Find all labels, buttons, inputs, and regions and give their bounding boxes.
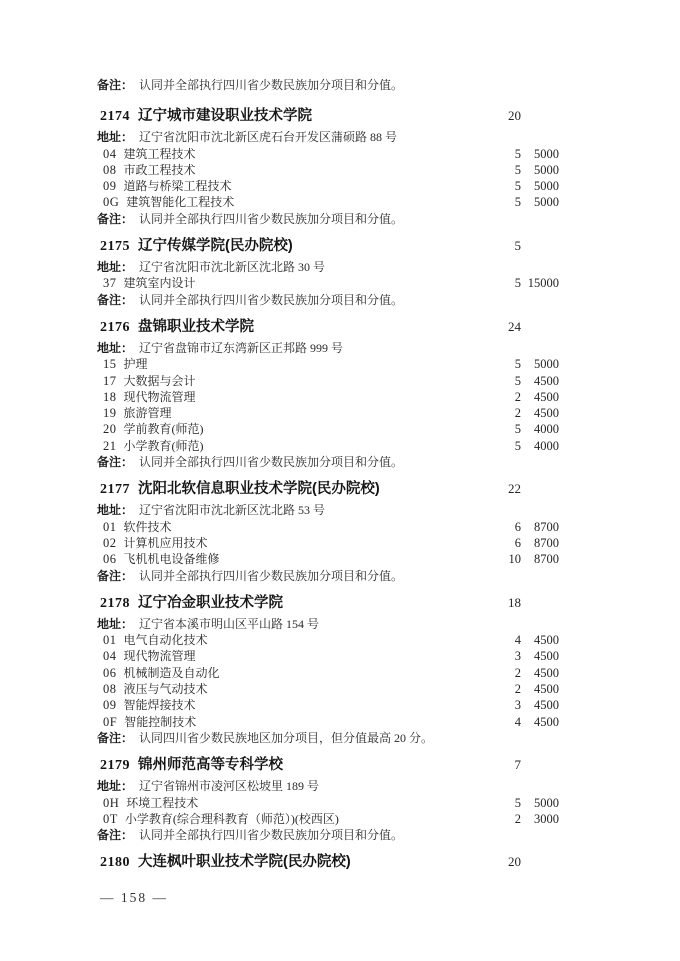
college-note-row: 备注：认同并全部执行四川省少数民族加分项目和分值。 <box>97 568 559 584</box>
major-name: 飞机机电设备维修 <box>124 552 220 566</box>
major-code: 0T <box>103 812 118 826</box>
note-label: 备注： <box>97 455 133 469</box>
major-row: 01电气自动化技术 4 4500 <box>97 632 559 648</box>
major-name: 环境工程技术 <box>126 796 198 810</box>
major-code: 09 <box>103 698 117 712</box>
major-count: 5 <box>483 162 521 178</box>
major-name: 现代物流管理 <box>124 390 196 404</box>
major-name: 道路与桥梁工程技术 <box>124 179 232 193</box>
college-note-row: 备注：认同并全部执行四川省少数民族加分项目和分值。 <box>97 827 559 843</box>
major-code: 01 <box>103 520 117 534</box>
major-count: 2 <box>483 405 521 421</box>
college-address-row: 地址：辽宁省沈阳市沈北新区沈北路 30 号 <box>97 259 559 275</box>
college-sections: 2174辽宁城市建设职业技术学院 20 地址：辽宁省沈阳市沈北新区虎石台开发区蒲… <box>97 106 559 873</box>
major-row: 18现代物流管理 2 4500 <box>97 389 559 405</box>
note-text: 认同并全部执行四川省少数民族加分项目和分值。 <box>139 828 403 842</box>
major-fee: 5000 <box>521 356 559 372</box>
major-fee: 8700 <box>521 519 559 535</box>
major-fee: 8700 <box>521 551 559 567</box>
major-count: 5 <box>483 421 521 437</box>
major-row: 06飞机机电设备维修 10 8700 <box>97 551 559 567</box>
college-quota: 5 <box>483 236 521 256</box>
address-text: 辽宁省沈阳市沈北新区沈北路 30 号 <box>139 260 325 274</box>
major-row: 37建筑室内设计 5 15000 <box>97 275 559 291</box>
major-row: 01软件技术 6 8700 <box>97 519 559 535</box>
major-fee: 3000 <box>521 811 559 827</box>
major-fee: 4500 <box>521 373 559 389</box>
address-text: 辽宁省盘锦市辽东湾新区正邦路 999 号 <box>139 341 343 355</box>
major-row: 02计算机应用技术 6 8700 <box>97 535 559 551</box>
major-fee: 15000 <box>521 275 559 291</box>
college-name: 锦州师范高等专科学校 <box>138 757 283 773</box>
major-name: 智能焊接技术 <box>124 698 196 712</box>
major-fee: 4500 <box>521 389 559 405</box>
major-code: 04 <box>103 147 117 161</box>
college-code: 2179 <box>100 758 130 773</box>
note-label: 备注： <box>97 293 133 307</box>
major-code: 04 <box>103 649 117 663</box>
note-label: 备注： <box>97 731 133 745</box>
address-text: 辽宁省锦州市凌河区松坡里 189 号 <box>139 779 319 793</box>
major-count: 4 <box>483 714 521 730</box>
college-section: 2174辽宁城市建设职业技术学院 20 地址：辽宁省沈阳市沈北新区虎石台开发区蒲… <box>97 106 559 227</box>
college-code: 2175 <box>100 239 130 254</box>
page-number: — 158 — <box>100 890 168 906</box>
college-header-row: 2174辽宁城市建设职业技术学院 20 <box>97 106 559 127</box>
college-section: 2175辽宁传媒学院(民办院校) 5 地址：辽宁省沈阳市沈北新区沈北路 30 号… <box>97 236 559 308</box>
college-name: 辽宁冶金职业技术学院 <box>138 595 283 611</box>
address-label: 地址： <box>97 779 133 793</box>
major-row: 09道路与桥梁工程技术 5 5000 <box>97 178 559 194</box>
major-code: 01 <box>103 633 117 647</box>
major-code: 02 <box>103 536 117 550</box>
major-fee: 4500 <box>521 681 559 697</box>
major-row: 21小学教育(师范) 5 4000 <box>97 438 559 454</box>
college-note-row: 备注：认同四川省少数民族地区加分项目，但分值最高 20 分。 <box>97 730 559 746</box>
major-row: 09智能焊接技术 3 4500 <box>97 697 559 713</box>
major-code: 0G <box>103 195 119 209</box>
major-count: 5 <box>483 373 521 389</box>
college-address-row: 地址：辽宁省锦州市凌河区松坡里 189 号 <box>97 778 559 794</box>
major-row: 0H环境工程技术 5 5000 <box>97 795 559 811</box>
note-text: 认同并全部执行四川省少数民族加分项目和分值。 <box>139 212 403 226</box>
major-code: 06 <box>103 666 117 680</box>
college-section: 2179锦州师范高等专科学校 7 地址：辽宁省锦州市凌河区松坡里 189 号 0… <box>97 755 559 843</box>
college-code: 2180 <box>100 855 130 870</box>
college-name: 辽宁城市建设职业技术学院 <box>138 108 312 124</box>
college-section: 2176盘锦职业技术学院 24 地址：辽宁省盘锦市辽东湾新区正邦路 999 号 … <box>97 317 559 470</box>
major-fee: 4500 <box>521 665 559 681</box>
major-count: 5 <box>483 178 521 194</box>
major-fee: 4500 <box>521 697 559 713</box>
major-row: 17大数据与会计 5 4500 <box>97 373 559 389</box>
college-quota: 22 <box>483 479 521 499</box>
address-text: 辽宁省本溪市明山区平山路 154 号 <box>139 617 319 631</box>
college-header-row: 2177沈阳北软信息职业技术学院(民办院校) 22 <box>97 479 559 500</box>
college-note-row: 备注：认同并全部执行四川省少数民族加分项目和分值。 <box>97 454 559 470</box>
major-row: 04现代物流管理 3 4500 <box>97 648 559 664</box>
note-label: 备注： <box>97 569 133 583</box>
major-code: 21 <box>103 439 117 453</box>
college-title: 2179锦州师范高等专科学校 <box>97 755 483 776</box>
college-title: 2177沈阳北软信息职业技术学院(民办院校) <box>97 479 483 500</box>
major-name: 建筑室内设计 <box>124 276 196 290</box>
college-address-row: 地址：辽宁省本溪市明山区平山路 154 号 <box>97 616 559 632</box>
note-label: 备注： <box>97 212 133 226</box>
college-name: 辽宁传媒学院(民办院校) <box>138 238 293 254</box>
major-row: 0T小学教育(综合理科教育（师范）)(校西区) 2 3000 <box>97 811 559 827</box>
college-code: 2177 <box>100 482 130 497</box>
major-count: 5 <box>483 275 521 291</box>
major-name: 小学教育(师范) <box>124 439 204 453</box>
address-label: 地址： <box>97 617 133 631</box>
major-code: 18 <box>103 390 117 404</box>
major-count: 5 <box>483 194 521 210</box>
address-label: 地址： <box>97 503 133 517</box>
major-fee: 8700 <box>521 535 559 551</box>
major-code: 17 <box>103 374 117 388</box>
major-row: 19旅游管理 2 4500 <box>97 405 559 421</box>
major-name: 小学教育(综合理科教育（师范）)(校西区) <box>125 812 339 826</box>
major-row: 08市政工程技术 5 5000 <box>97 162 559 178</box>
major-fee: 5000 <box>521 194 559 210</box>
major-count: 5 <box>483 356 521 372</box>
major-fee: 4500 <box>521 632 559 648</box>
college-header-row: 2179锦州师范高等专科学校 7 <box>97 755 559 776</box>
major-name: 护理 <box>124 357 148 371</box>
major-code: 0F <box>103 715 117 729</box>
note-text: 认同并全部执行四川省少数民族加分项目和分值。 <box>139 569 403 583</box>
major-name: 学前教育(师范) <box>124 422 204 436</box>
document-page: 备注：认同并全部执行四川省少数民族加分项目和分值。 2174辽宁城市建设职业技术… <box>0 0 680 961</box>
major-fee: 4500 <box>521 714 559 730</box>
college-address-row: 地址：辽宁省沈阳市沈北新区虎石台开发区蒲硕路 88 号 <box>97 129 559 145</box>
major-name: 智能控制技术 <box>124 715 196 729</box>
major-name: 液压与气动技术 <box>124 682 208 696</box>
major-name: 电气自动化技术 <box>124 633 208 647</box>
college-code: 2174 <box>100 109 130 124</box>
major-row: 08液压与气动技术 2 4500 <box>97 681 559 697</box>
college-code: 2178 <box>100 596 130 611</box>
college-section: 2177沈阳北软信息职业技术学院(民办院校) 22 地址：辽宁省沈阳市沈北新区沈… <box>97 479 559 583</box>
major-name: 旅游管理 <box>124 406 172 420</box>
major-fee: 5000 <box>521 162 559 178</box>
major-row: 15护理 5 5000 <box>97 356 559 372</box>
major-fee: 4500 <box>521 405 559 421</box>
major-name: 软件技术 <box>124 520 172 534</box>
major-count: 3 <box>483 697 521 713</box>
college-address-row: 地址：辽宁省沈阳市沈北新区沈北路 53 号 <box>97 502 559 518</box>
major-fee: 4000 <box>521 421 559 437</box>
major-row: 20学前教育(师范) 5 4000 <box>97 421 559 437</box>
major-count: 2 <box>483 389 521 405</box>
college-header-row: 2178辽宁冶金职业技术学院 18 <box>97 593 559 614</box>
college-section: 2180大连枫叶职业技术学院(民办院校) 20 <box>97 852 559 873</box>
address-text: 辽宁省沈阳市沈北新区沈北路 53 号 <box>139 503 325 517</box>
address-label: 地址： <box>97 260 133 274</box>
note-label: 备注： <box>97 78 133 92</box>
college-title: 2176盘锦职业技术学院 <box>97 317 483 338</box>
major-fee: 4000 <box>521 438 559 454</box>
major-row: 06机械制造及自动化 2 4500 <box>97 665 559 681</box>
continuation-note-row: 备注：认同并全部执行四川省少数民族加分项目和分值。 <box>97 77 559 93</box>
major-name: 市政工程技术 <box>124 163 196 177</box>
major-count: 3 <box>483 648 521 664</box>
college-name: 盘锦职业技术学院 <box>138 319 254 335</box>
college-quota: 7 <box>483 755 521 775</box>
major-count: 10 <box>483 551 521 567</box>
major-name: 建筑智能化工程技术 <box>126 195 234 209</box>
address-label: 地址： <box>97 130 133 144</box>
major-row: 0F智能控制技术 4 4500 <box>97 714 559 730</box>
college-note-row: 备注：认同并全部执行四川省少数民族加分项目和分值。 <box>97 211 559 227</box>
major-count: 2 <box>483 681 521 697</box>
major-code: 08 <box>103 163 117 177</box>
college-quota: 20 <box>483 106 521 126</box>
major-code: 09 <box>103 179 117 193</box>
major-code: 06 <box>103 552 117 566</box>
college-header-row: 2176盘锦职业技术学院 24 <box>97 317 559 338</box>
college-header-row: 2180大连枫叶职业技术学院(民办院校) 20 <box>97 852 559 873</box>
major-fee: 5000 <box>521 146 559 162</box>
major-count: 5 <box>483 146 521 162</box>
college-note-row: 备注：认同并全部执行四川省少数民族加分项目和分值。 <box>97 292 559 308</box>
note-text: 认同四川省少数民族地区加分项目，但分值最高 20 分。 <box>139 731 433 745</box>
major-count: 2 <box>483 665 521 681</box>
college-quota: 24 <box>483 317 521 337</box>
admissions-list: 备注：认同并全部执行四川省少数民族加分项目和分值。 2174辽宁城市建设职业技术… <box>97 77 559 882</box>
major-count: 5 <box>483 438 521 454</box>
note-text: 认同并全部执行四川省少数民族加分项目和分值。 <box>139 78 403 92</box>
note-text: 认同并全部执行四川省少数民族加分项目和分值。 <box>139 293 403 307</box>
college-address-row: 地址：辽宁省盘锦市辽东湾新区正邦路 999 号 <box>97 340 559 356</box>
college-name: 沈阳北软信息职业技术学院(民办院校) <box>138 481 380 497</box>
address-text: 辽宁省沈阳市沈北新区虎石台开发区蒲硕路 88 号 <box>139 130 397 144</box>
note-text: 认同并全部执行四川省少数民族加分项目和分值。 <box>139 455 403 469</box>
college-header-row: 2175辽宁传媒学院(民办院校) 5 <box>97 236 559 257</box>
continuation-note: 备注：认同并全部执行四川省少数民族加分项目和分值。 <box>97 77 483 93</box>
college-quota: 20 <box>483 852 521 872</box>
major-fee: 5000 <box>521 178 559 194</box>
major-count: 5 <box>483 795 521 811</box>
major-row: 04建筑工程技术 5 5000 <box>97 146 559 162</box>
major-fee: 5000 <box>521 795 559 811</box>
college-title: 2175辽宁传媒学院(民办院校) <box>97 236 483 257</box>
major-code: 20 <box>103 422 117 436</box>
major-row: 0G建筑智能化工程技术 5 5000 <box>97 194 559 210</box>
major-name: 现代物流管理 <box>124 649 196 663</box>
major-code: 19 <box>103 406 117 420</box>
major-name: 建筑工程技术 <box>124 147 196 161</box>
major-name: 机械制造及自动化 <box>124 666 220 680</box>
college-name: 大连枫叶职业技术学院(民办院校) <box>138 854 351 870</box>
major-count: 6 <box>483 535 521 551</box>
major-code: 15 <box>103 357 117 371</box>
major-fee: 4500 <box>521 648 559 664</box>
major-count: 6 <box>483 519 521 535</box>
major-name: 计算机应用技术 <box>124 536 208 550</box>
college-section: 2178辽宁冶金职业技术学院 18 地址：辽宁省本溪市明山区平山路 154 号 … <box>97 593 559 746</box>
major-name: 大数据与会计 <box>124 374 196 388</box>
major-count: 2 <box>483 811 521 827</box>
address-label: 地址： <box>97 341 133 355</box>
note-label: 备注： <box>97 828 133 842</box>
college-quota: 18 <box>483 593 521 613</box>
major-code: 37 <box>103 276 117 290</box>
college-code: 2176 <box>100 320 130 335</box>
major-count: 4 <box>483 632 521 648</box>
college-title: 2174辽宁城市建设职业技术学院 <box>97 106 483 127</box>
college-title: 2180大连枫叶职业技术学院(民办院校) <box>97 852 483 873</box>
college-title: 2178辽宁冶金职业技术学院 <box>97 593 483 614</box>
major-code: 08 <box>103 682 117 696</box>
major-code: 0H <box>103 796 119 810</box>
